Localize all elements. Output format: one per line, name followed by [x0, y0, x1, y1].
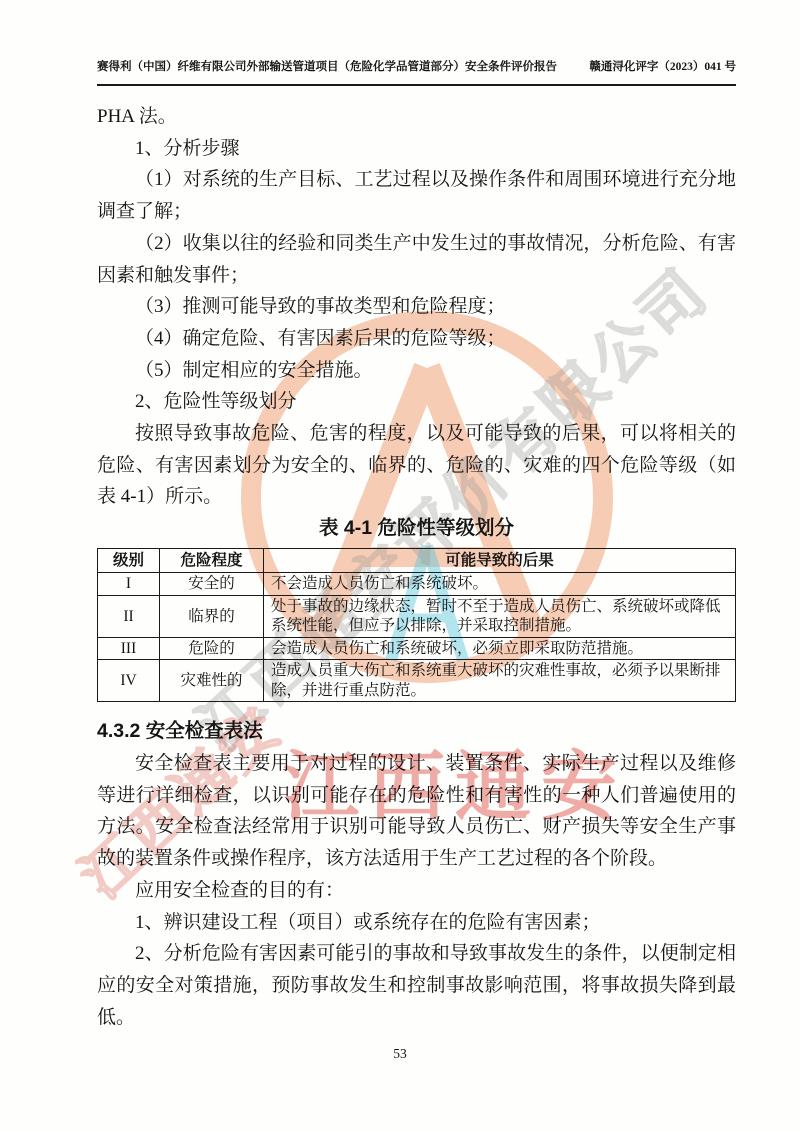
red-stamp-watermark: 江西通安 [283, 726, 627, 835]
cell-level: I [98, 573, 160, 596]
cell-level: IV [98, 660, 160, 702]
col-header-level: 级别 [98, 548, 160, 573]
header-report-title: 赛得利（中国）纤维有限公司外部输送管道项目（危险化学品管道部分）安全条件评价报告 [97, 60, 557, 75]
body-paragraph: 1、分析步骤 [97, 133, 736, 165]
header-document-code: 赣通浔化评字（2023）041 号 [589, 60, 736, 75]
col-header-degree: 危险程度 [160, 548, 264, 573]
table-row: I 安全的 不会造成人员伤亡和系统破坏。 [98, 573, 736, 596]
header-divider [97, 84, 736, 86]
table-row: IV 灾难性的 造成人员重大伤亡和系统重大破坏的灾难性事故，必须予以果断排除，并… [98, 660, 736, 702]
cell-degree: 灾难性的 [160, 660, 264, 702]
cell-degree: 临界的 [160, 595, 264, 637]
cell-consequence: 造成人员重大伤亡和系统重大破坏的灾难性事故，必须予以果断排除，并进行重点防范。 [264, 660, 736, 702]
body-paragraph: （4）确定危险、有害因素后果的危险等级； [97, 323, 736, 355]
hazard-grade-table: 级别 危险程度 可能导致的后果 I 安全的 不会造成人员伤亡和系统破坏。 II … [97, 548, 736, 703]
page-number: 53 [0, 1046, 800, 1062]
body-paragraph: （5）制定相应的安全措施。 [97, 355, 736, 387]
col-header-consequence: 可能导致的后果 [264, 548, 736, 573]
body-paragraph: PHA 法。 [97, 101, 736, 133]
section-paragraph: 1、辨识建设工程（项目）或系统存在的危险有害因素； [97, 907, 736, 939]
section-paragraph: 2、分析危险有害因素可能引的事故和导致事故发生的条件，以便制定相应的安全对策措施… [97, 938, 736, 1033]
cell-degree: 安全的 [160, 573, 264, 596]
body-paragraph: 按照导致事故危险、危害的程度，以及可能导致的后果，可以将相关的危险、有害因素划分… [97, 418, 736, 513]
table-row: II 临界的 处于事故的边缘状态，暂时不至于造成人员伤亡、系统破坏或降低系统性能… [98, 595, 736, 637]
section-paragraph: 应用安全检查的目的有： [97, 875, 736, 907]
body-paragraph: （3）推测可能导致的事故类型和危险程度； [97, 291, 736, 323]
table-header-row: 级别 危险程度 可能导致的后果 [98, 548, 736, 573]
body-paragraph: （1）对系统的生产目标、工艺过程以及操作条件和周围环境进行充分地调查了解； [97, 164, 736, 227]
document-page: 江西通安评价有限公司 江西通安 江西通安 赛得利（中国）纤维有限公司外部输送管道… [0, 0, 800, 1131]
table-caption: 表 4-1 危险性等级划分 [97, 513, 736, 545]
body-paragraph: （2）收集以往的经验和同类生产中发生过的事故情况，分析危险、有害因素和触发事件； [97, 228, 736, 291]
cell-consequence: 处于事故的边缘状态，暂时不至于造成人员伤亡、系统破坏或降低系统性能，但应予以排除… [264, 595, 736, 637]
table-row: III 危险的 会造成人员伤亡和系统破坏，必须立即采取防范措施。 [98, 637, 736, 660]
page-header: 赛得利（中国）纤维有限公司外部输送管道项目（危险化学品管道部分）安全条件评价报告… [97, 60, 736, 75]
document-body: PHA 法。 1、分析步骤 （1）对系统的生产目标、工艺过程以及操作条件和周围环… [97, 101, 736, 1033]
cell-level: III [98, 637, 160, 660]
cell-consequence: 不会造成人员伤亡和系统破坏。 [264, 573, 736, 596]
cell-consequence: 会造成人员伤亡和系统破坏，必须立即采取防范措施。 [264, 637, 736, 660]
cell-level: II [98, 595, 160, 637]
cell-degree: 危险的 [160, 637, 264, 660]
body-paragraph: 2、危险性等级划分 [97, 386, 736, 418]
